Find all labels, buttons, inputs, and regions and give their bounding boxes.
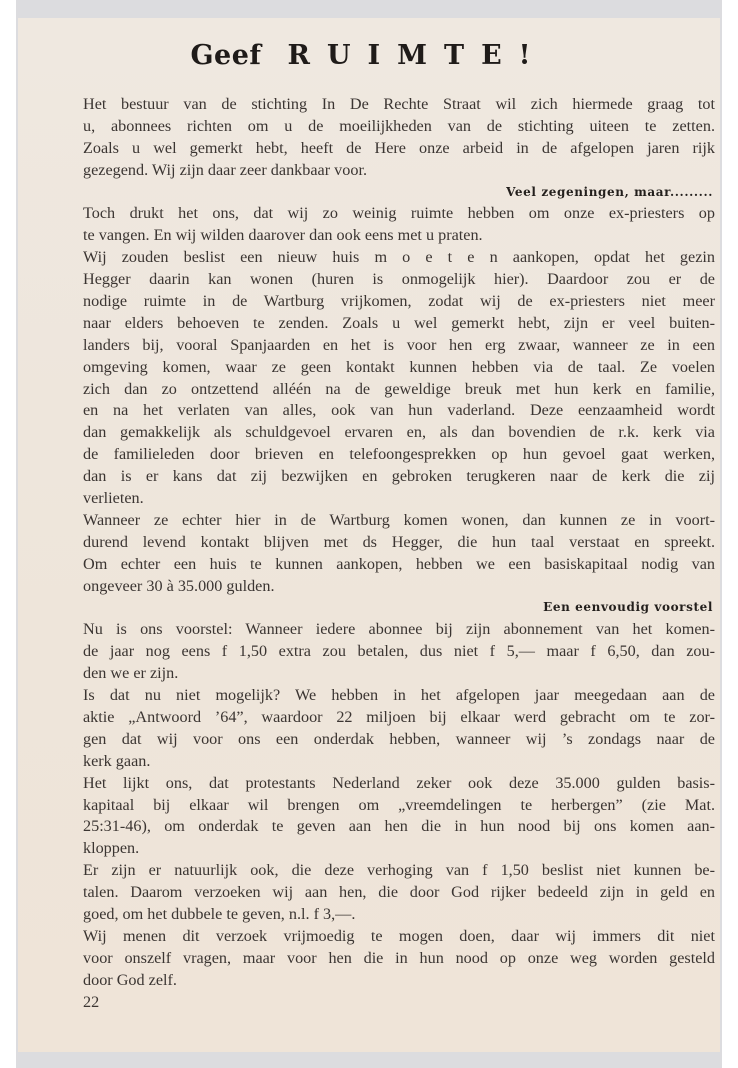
text-line: Er zijn er natuurlijk ook, die deze verh… bbox=[83, 860, 715, 882]
text-line: dan is er kans dat zij bezwijken en gebr… bbox=[83, 466, 715, 488]
text-line: 25:31-46), om onderdak te geven aan hen … bbox=[83, 816, 715, 838]
text-line: den we er zijn. bbox=[83, 663, 715, 685]
text-line: durend levend kontakt blijven met ds Heg… bbox=[83, 532, 715, 554]
section-subheading: Veel zegeningen, maar......... bbox=[83, 182, 715, 204]
paragraph: Toch drukt het ons, dat wij zo weinig ru… bbox=[83, 203, 715, 247]
paragraph: Het lijkt ons, dat protestants Nederland… bbox=[83, 773, 715, 861]
text-line: naar elders behoeven te zenden. Zoals u … bbox=[83, 313, 715, 335]
text-line: de familieleden door brieven en telefoon… bbox=[83, 444, 715, 466]
text-line: gen dat wij voor ons een onderdak hebben… bbox=[83, 729, 715, 751]
text-line: kerk gaan. bbox=[83, 751, 715, 773]
text-line: Hegger daarin kan wonen (huren is onmoge… bbox=[83, 269, 715, 291]
text-line: Wanneer ze echter hier in de Wartburg ko… bbox=[83, 510, 715, 532]
paragraph: Wanneer ze echter hier in de Wartburg ko… bbox=[83, 510, 715, 598]
title-word-geef: Geef bbox=[190, 40, 261, 71]
text-line: Wij zouden beslist een nieuw huis m o e … bbox=[83, 247, 715, 269]
text-line: talen. Daarom verzoeken wij aan hen, die… bbox=[83, 882, 715, 904]
text-line: Zoals u wel gemerkt hebt, heeft de Here … bbox=[83, 138, 715, 160]
paragraph: Wij menen dit verzoek vrijmoedig te moge… bbox=[83, 926, 715, 992]
title-word-ruimte: RUIMTE! bbox=[288, 40, 548, 71]
text-line: kloppen. bbox=[83, 838, 715, 860]
text-line: gezegend. Wij zijn daar zeer dankbaar vo… bbox=[83, 160, 715, 182]
text-line: goed, om het dubbele te geven, n.l. f 3,… bbox=[83, 904, 715, 926]
text-line: aktie „Antwoord ’64”, waardoor 22 miljoe… bbox=[83, 707, 715, 729]
text-line: nodige ruimte in de Wartburg vrijkomen, … bbox=[83, 291, 715, 313]
page-number: 22 bbox=[83, 992, 715, 1014]
paragraph: Wij zouden beslist een nieuw huis m o e … bbox=[83, 247, 715, 510]
text-line: Het bestuur van de stichting In De Recht… bbox=[83, 94, 715, 116]
text-line: door God zelf. bbox=[83, 970, 715, 992]
text-line: dan gemakkelijk als schuldgevoel ervaren… bbox=[83, 422, 715, 444]
text-line: zich dan zo ontzettend alléén na de gewe… bbox=[83, 379, 715, 401]
text-line: kapitaal bij elkaar wil brengen om „vree… bbox=[83, 795, 715, 817]
text-line: voor onszelf vragen, maar voor hen die i… bbox=[83, 948, 715, 970]
paragraph: Nu is ons voorstel: Wanneer iedere abonn… bbox=[83, 619, 715, 685]
text-line: Om echter een huis te kunnen aankopen, h… bbox=[83, 554, 715, 576]
text-line: ongeveer 30 à 35.000 gulden. bbox=[83, 576, 715, 598]
text-line: Het lijkt ons, dat protestants Nederland… bbox=[83, 773, 715, 795]
text-line: en na het verlaten van alles, ook van hu… bbox=[83, 400, 715, 422]
paragraph: Is dat nu niet mogelijk? We hebben in he… bbox=[83, 685, 715, 773]
section-subheading: Een eenvoudig voorstel bbox=[83, 597, 715, 619]
paragraph: Er zijn er natuurlijk ook, die deze verh… bbox=[83, 860, 715, 926]
text-line: omgeving komen, waar ze geen kontakt kun… bbox=[83, 357, 715, 379]
text-line: de jaar nog eens f 1,50 extra zou betale… bbox=[83, 641, 715, 663]
text-line: Toch drukt het ons, dat wij zo weinig ru… bbox=[83, 203, 715, 225]
page-title: GeefRUIMTE! bbox=[0, 40, 738, 71]
text-line: te vangen. En wij wilden daarover dan oo… bbox=[83, 225, 715, 247]
text-line: Is dat nu niet mogelijk? We hebben in he… bbox=[83, 685, 715, 707]
paragraph: Het bestuur van de stichting In De Recht… bbox=[83, 94, 715, 182]
text-line: verlieten. bbox=[83, 488, 715, 510]
text-line: landers bij, vooral Spanjaarden en het i… bbox=[83, 335, 715, 357]
article-body: Het bestuur van de stichting In De Recht… bbox=[83, 94, 715, 1013]
text-line: Wij menen dit verzoek vrijmoedig te moge… bbox=[83, 926, 715, 948]
text-line: Nu is ons voorstel: Wanneer iedere abonn… bbox=[83, 619, 715, 641]
text-line: u, abonnees richten om u de moeilijkhede… bbox=[83, 116, 715, 138]
